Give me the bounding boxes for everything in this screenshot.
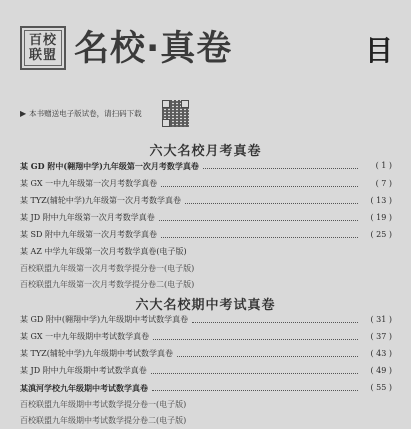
entry-page: ( 43 ) [362, 347, 392, 361]
entry-page: ( 55 ) [362, 381, 392, 395]
leader-dots [161, 236, 358, 238]
toc-entry[interactable]: 百校联盟九年级第一次月考数学提分卷二(电子版) [20, 278, 392, 292]
leader-dots [177, 355, 358, 357]
entry-page: ( 25 ) [362, 228, 392, 242]
entry-title: 百校联盟九年级第一次月考数学提分卷一(电子版) [20, 262, 194, 276]
entry-title: 百校联盟九年级期中考试数学提分卷一(电子版) [20, 398, 186, 412]
leader-dots [153, 338, 358, 340]
logo: 百校 联盟 [20, 26, 66, 70]
toc-entry[interactable]: 某 AZ 中学九年级第一次月考数学真卷(电子版) [20, 245, 392, 259]
section-title-midterm: 六大名校期中考试真卷 [0, 294, 411, 313]
leader-dots [159, 219, 358, 221]
entry-title: 百校联盟九年级期中考试数学提分卷二(电子版) [20, 414, 186, 428]
leader-dots [185, 202, 358, 204]
toc-heading: 目 [365, 26, 393, 76]
toc-entry[interactable]: 某 GX 一中九年级期中考试数学真卷( 37 ) [20, 330, 392, 344]
logo-line-1: 百校 [29, 33, 57, 48]
entry-title: 某 SD 附中九年级第一次月考数学真卷 [20, 228, 157, 242]
download-notice: ▶ 本书赠送电子版试卷，请扫码下载 [20, 108, 142, 119]
toc-entry[interactable]: 某 SD 附中九年级第一次月考数学真卷( 25 ) [20, 228, 392, 242]
entry-title: 某 AZ 中学九年级第一次月考数学真卷(电子版) [20, 245, 187, 259]
entry-title: 某 JD 附中九年级第一次月考数学真卷 [20, 211, 155, 225]
toc-entry[interactable]: 某 JD 附中九年级期中考试数学真卷( 49 ) [20, 364, 392, 378]
entry-page: ( 19 ) [362, 211, 392, 225]
toc-entry[interactable]: 某 TYZ(辅轮中学)九年级期中考试数学真卷( 43 ) [20, 347, 392, 361]
toc-entry[interactable]: 某 JD 附中九年级第一次月考数学真卷( 19 ) [20, 211, 392, 225]
leader-dots [203, 167, 358, 169]
arrow-icon: ▶ [20, 109, 26, 118]
toc-entry[interactable]: 某滇河学校九年级期中考试数学真卷( 55 ) [20, 381, 392, 395]
entry-title: 某 TYZ(辅轮中学)九年级期中考试数学真卷 [20, 347, 173, 361]
logo-line-2: 联盟 [29, 48, 57, 63]
entry-page: ( 1 ) [362, 159, 392, 173]
qr-corner-icon [181, 100, 189, 108]
entry-title: 某 GD 附中(翱翔中学)九年级第一次月考数学真卷 [20, 159, 199, 173]
leader-dots [192, 321, 358, 323]
entry-page: ( 31 ) [362, 313, 392, 327]
entry-title: 某 JD 附中九年级期中考试数学真卷 [20, 364, 147, 378]
entry-title: 某 GX 一中九年级期中考试数学真卷 [20, 330, 149, 344]
toc-entry[interactable]: 百校联盟九年级第一次月考数学提分卷一(电子版) [20, 262, 392, 276]
entry-title: 某 GD 附中(翱翔中学)九年级期中考试数学真卷 [20, 313, 188, 327]
notice-text: 本书赠送电子版试卷，请扫码下载 [29, 108, 142, 119]
leader-dots [152, 389, 358, 391]
section-title-monthly: 六大名校月考真卷 [0, 140, 411, 159]
leader-dots [161, 185, 358, 187]
toc-entry[interactable]: 百校联盟九年级期中考试数学提分卷一(电子版) [20, 398, 392, 412]
toc-entry[interactable]: 百校联盟九年级期中考试数学提分卷二(电子版) [20, 414, 392, 428]
brand-title: 名校·真卷 [74, 24, 232, 74]
toc-entry[interactable]: 某 GX 一中九年级第一次月考数学真卷( 7 ) [20, 177, 392, 191]
leader-dots [151, 372, 358, 374]
entry-page: ( 13 ) [362, 194, 392, 208]
entry-page: ( 49 ) [362, 364, 392, 378]
qr-code-icon[interactable] [162, 100, 189, 127]
qr-corner-icon [162, 100, 170, 108]
entry-page: ( 37 ) [362, 330, 392, 344]
toc-entry[interactable]: 某 GD 附中(翱翔中学)九年级期中考试数学真卷( 31 ) [20, 313, 392, 327]
entry-title: 某 GX 一中九年级第一次月考数学真卷 [20, 177, 157, 191]
header: 百校 联盟 名校·真卷 目 [20, 24, 400, 74]
entry-title: 百校联盟九年级第一次月考数学提分卷二(电子版) [20, 278, 194, 292]
entry-title: 某滇河学校九年级期中考试数学真卷 [20, 381, 148, 395]
toc-entry[interactable]: 某 GD 附中(翱翔中学)九年级第一次月考数学真卷( 1 ) [20, 159, 392, 173]
entry-page: ( 7 ) [362, 177, 392, 191]
qr-corner-icon [162, 119, 170, 127]
entry-title: 某 TYZ(辅轮中学)九年级第一次月考数学真卷 [20, 194, 181, 208]
toc-entry[interactable]: 某 TYZ(辅轮中学)九年级第一次月考数学真卷( 13 ) [20, 194, 392, 208]
